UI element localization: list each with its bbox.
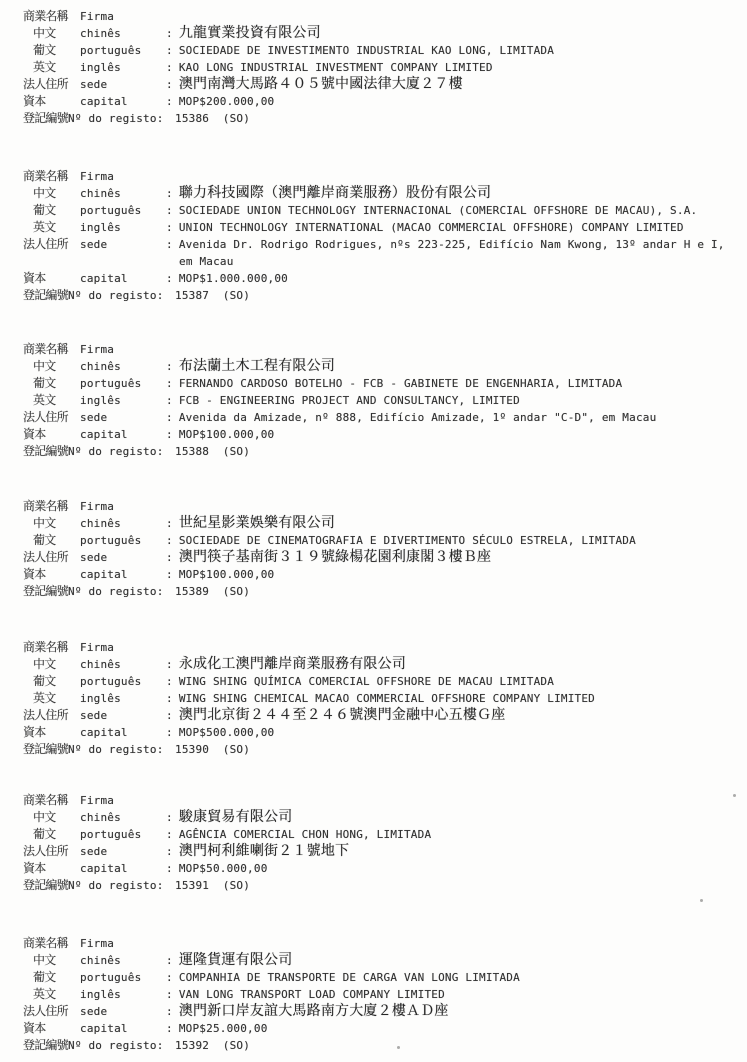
field-label-chinese: 中文 bbox=[33, 809, 55, 826]
field-label-portuguese: sede bbox=[80, 76, 107, 93]
field-label-chinese: 商業名稱 bbox=[23, 639, 68, 656]
colon-separator: : bbox=[166, 692, 173, 705]
field-label-portuguese: Nº do registo: bbox=[68, 583, 164, 600]
field-value: MOP$100.000,00 bbox=[179, 428, 275, 441]
field-label-portuguese: capital bbox=[80, 93, 128, 110]
field-value: 15387 (SO) bbox=[175, 289, 250, 302]
field-label-portuguese: Firma bbox=[80, 792, 114, 809]
field-value-cell: :SOCIEDADE DE INVESTIMENTO INDUSTRIAL KA… bbox=[166, 42, 554, 59]
field-label-portuguese: capital bbox=[80, 860, 128, 877]
colon-separator: : bbox=[166, 811, 173, 824]
field-label-portuguese: capital bbox=[80, 426, 128, 443]
field-label-portuguese: Nº do registo: bbox=[68, 443, 164, 460]
record-row: 法人住所sede:Avenida Dr. Rodrigo Rodrigues, … bbox=[0, 236, 747, 253]
field-value: 澳門新口岸友誼大馬路南方大廈２樓ＡＤ座 bbox=[179, 1003, 449, 1019]
record-row: 商業名稱Firma bbox=[0, 792, 747, 809]
field-value: 運隆貨運有限公司 bbox=[179, 952, 293, 968]
field-label-chinese: 葡文 bbox=[33, 202, 55, 219]
colon-separator: : bbox=[166, 411, 173, 424]
field-label-portuguese: chinês bbox=[80, 809, 121, 826]
colon-separator: : bbox=[166, 95, 173, 108]
field-label-chinese: 葡文 bbox=[33, 969, 55, 986]
field-value: 澳門北京街２４４至２４６號澳門金融中心五樓Ｇ座 bbox=[179, 707, 506, 723]
field-value: 澳門南灣大馬路４０５號中國法律大廈２７樓 bbox=[179, 76, 463, 92]
company-record: 商業名稱Firma中文chinês:永成化工澳門離岸商業服務有限公司葡文port… bbox=[0, 639, 747, 758]
field-label-chinese: 資本 bbox=[23, 426, 45, 443]
field-value-cell: :SOCIEDADE DE CINEMATOGRAFIA E DIVERTIME… bbox=[166, 532, 636, 549]
record-row: 商業名稱Firma bbox=[0, 935, 747, 952]
field-value-cell: :WING SHING CHEMICAL MACAO COMMERCIAL OF… bbox=[166, 690, 595, 707]
colon-separator: : bbox=[166, 709, 173, 722]
colon-separator: : bbox=[166, 1022, 173, 1035]
field-value: FCB - ENGINEERING PROJECT AND CONSULTANC… bbox=[179, 394, 520, 407]
field-label-portuguese: inglês bbox=[80, 392, 121, 409]
field-label-portuguese: Nº do registo: bbox=[68, 877, 164, 894]
record-row: 資本capital:MOP$1.000.000,00 bbox=[0, 270, 747, 287]
record-row: 中文chinês:世紀星影業娛樂有限公司 bbox=[0, 515, 747, 532]
field-label-portuguese: chinês bbox=[80, 952, 121, 969]
field-value: 15388 (SO) bbox=[175, 445, 250, 458]
field-value: Avenida da Amizade, nº 888, Edifício Ami… bbox=[179, 411, 657, 424]
scanned-gazette-page: 商業名稱Firma中文chinês:九龍實業投資有限公司葡文português:… bbox=[0, 0, 747, 1062]
field-label-chinese: 商業名稱 bbox=[23, 168, 68, 185]
field-value: WING SHING QUÍMICA COMERCIAL OFFSHORE DE… bbox=[179, 675, 554, 688]
colon-separator: : bbox=[166, 272, 173, 285]
record-row: 法人住所sede:澳門柯利維喇街２１號地下 bbox=[0, 843, 747, 860]
field-label-chinese: 英文 bbox=[33, 59, 55, 76]
field-label-chinese: 商業名稱 bbox=[23, 935, 68, 952]
field-label-portuguese: Firma bbox=[80, 498, 114, 515]
field-value-cell: 15389 (SO) bbox=[175, 583, 250, 600]
field-value-cell: :KAO LONG INDUSTRIAL INVESTMENT COMPANY … bbox=[166, 59, 493, 76]
field-label-chinese: 資本 bbox=[23, 1020, 45, 1037]
field-label-portuguese: Firma bbox=[80, 168, 114, 185]
field-value: 世紀星影業娛樂有限公司 bbox=[179, 515, 335, 531]
field-label-portuguese: português bbox=[80, 375, 141, 392]
field-label-chinese: 英文 bbox=[33, 690, 55, 707]
field-value: KAO LONG INDUSTRIAL INVESTMENT COMPANY L… bbox=[179, 61, 493, 74]
colon-separator: : bbox=[166, 1005, 173, 1018]
field-value: 永成化工澳門離岸商業服務有限公司 bbox=[179, 656, 406, 672]
record-row: 資本capital:MOP$500.000,00 bbox=[0, 724, 747, 741]
field-label-chinese: 中文 bbox=[33, 185, 55, 202]
record-row: 資本capital:MOP$50.000,00 bbox=[0, 860, 747, 877]
record-row: 法人住所sede:Avenida da Amizade, nº 888, Edi… bbox=[0, 409, 747, 426]
field-label-chinese: 商業名稱 bbox=[23, 498, 68, 515]
field-label-chinese: 登記編號 bbox=[23, 443, 68, 460]
record-row: 英文inglês:VAN LONG TRANSPORT LOAD COMPANY… bbox=[0, 986, 747, 1003]
field-value: 駿康貿易有限公司 bbox=[179, 809, 293, 825]
field-label-portuguese: Nº do registo: bbox=[68, 110, 164, 127]
field-label-chinese: 法人住所 bbox=[23, 549, 68, 566]
field-value-cell: :VAN LONG TRANSPORT LOAD COMPANY LIMITED bbox=[166, 986, 445, 1003]
field-value-cell: :澳門北京街２４４至２４６號澳門金融中心五樓Ｇ座 bbox=[166, 707, 505, 724]
field-value: Avenida Dr. Rodrigo Rodrigues, nºs 223-2… bbox=[179, 238, 725, 251]
field-value-cell: 15392 (SO) bbox=[175, 1037, 250, 1054]
record-row: 葡文português:SOCIEDADE DE INVESTIMENTO IN… bbox=[0, 42, 747, 59]
colon-separator: : bbox=[166, 517, 173, 530]
field-value-cell: :Avenida da Amizade, nº 888, Edifício Am… bbox=[166, 409, 656, 426]
field-value: AGÊNCIA COMERCIAL CHON HONG, LIMITADA bbox=[179, 828, 431, 841]
field-value-cell: 15391 (SO) bbox=[175, 877, 250, 894]
field-value-cell: :COMPANHIA DE TRANSPORTE DE CARGA VAN LO… bbox=[166, 969, 520, 986]
colon-separator: : bbox=[166, 971, 173, 984]
record-row: 商業名稱Firma bbox=[0, 498, 747, 515]
company-record: 商業名稱Firma中文chinês:布法蘭土木工程有限公司葡文português… bbox=[0, 341, 747, 460]
field-label-portuguese: sede bbox=[80, 1003, 107, 1020]
record-row: 英文inglês:FCB - ENGINEERING PROJECT AND C… bbox=[0, 392, 747, 409]
field-label-chinese: 法人住所 bbox=[23, 707, 68, 724]
field-label-chinese: 英文 bbox=[33, 986, 55, 1003]
field-label-portuguese: inglês bbox=[80, 690, 121, 707]
field-label-chinese: 法人住所 bbox=[23, 236, 68, 253]
field-value-cell: em Macau bbox=[179, 253, 234, 270]
field-label-chinese: 葡文 bbox=[33, 375, 55, 392]
field-value-cell: :UNION TECHNOLOGY INTERNATIONAL (MACAO C… bbox=[166, 219, 684, 236]
record-row: 資本capital:MOP$200.000,00 bbox=[0, 93, 747, 110]
field-label-portuguese: inglês bbox=[80, 59, 121, 76]
field-value-cell: :MOP$50.000,00 bbox=[166, 860, 268, 877]
field-value-cell: :永成化工澳門離岸商業服務有限公司 bbox=[166, 656, 406, 673]
field-value-cell: :澳門筷子基南街３１９號綠楊花園利康閣３樓Ｂ座 bbox=[166, 549, 491, 566]
field-label-portuguese: sede bbox=[80, 236, 107, 253]
field-value: 布法蘭土木工程有限公司 bbox=[179, 358, 335, 374]
company-record: 商業名稱Firma中文chinês:世紀星影業娛樂有限公司葡文português… bbox=[0, 498, 747, 600]
record-row: 葡文português:COMPANHIA DE TRANSPORTE DE C… bbox=[0, 969, 747, 986]
field-label-chinese: 資本 bbox=[23, 270, 45, 287]
field-label-portuguese: chinês bbox=[80, 358, 121, 375]
field-label-chinese: 葡文 bbox=[33, 42, 55, 59]
colon-separator: : bbox=[166, 61, 173, 74]
field-value: 聯力科技國際（澳門離岸商業服務）股份有限公司 bbox=[179, 185, 491, 201]
field-value: 15392 (SO) bbox=[175, 1039, 250, 1052]
field-value-cell: :駿康貿易有限公司 bbox=[166, 809, 292, 826]
record-row: 商業名稱Firma bbox=[0, 341, 747, 358]
field-label-chinese: 英文 bbox=[33, 392, 55, 409]
company-record: 商業名稱Firma中文chinês:九龍實業投資有限公司葡文português:… bbox=[0, 8, 747, 127]
record-row: 法人住所sede:澳門新口岸友誼大馬路南方大廈２樓ＡＤ座 bbox=[0, 1003, 747, 1020]
field-value-cell: :澳門新口岸友誼大馬路南方大廈２樓ＡＤ座 bbox=[166, 1003, 449, 1020]
record-row: 中文chinês:聯力科技國際（澳門離岸商業服務）股份有限公司 bbox=[0, 185, 747, 202]
field-label-chinese: 法人住所 bbox=[23, 1003, 68, 1020]
colon-separator: : bbox=[166, 187, 173, 200]
field-value-cell: 15388 (SO) bbox=[175, 443, 250, 460]
field-value-cell: :MOP$25.000,00 bbox=[166, 1020, 268, 1037]
field-label-chinese: 登記編號 bbox=[23, 741, 68, 758]
field-value-cell: 15386 (SO) bbox=[175, 110, 250, 127]
field-label-chinese: 資本 bbox=[23, 860, 45, 877]
record-row: 資本capital:MOP$100.000,00 bbox=[0, 566, 747, 583]
record-row: 葡文português:SOCIEDADE DE CINEMATOGRAFIA … bbox=[0, 532, 747, 549]
field-label-portuguese: capital bbox=[80, 566, 128, 583]
field-value-cell: :MOP$200.000,00 bbox=[166, 93, 274, 110]
field-value-cell: :MOP$1.000.000,00 bbox=[166, 270, 288, 287]
field-label-chinese: 登記編號 bbox=[23, 110, 68, 127]
field-value: MOP$100.000,00 bbox=[179, 568, 275, 581]
field-label-portuguese: inglês bbox=[80, 219, 121, 236]
field-label-portuguese: Firma bbox=[80, 639, 114, 656]
colon-separator: : bbox=[166, 238, 173, 251]
record-row: 登記編號Nº do registo:15392 (SO) bbox=[0, 1037, 747, 1054]
field-value: em Macau bbox=[179, 255, 234, 268]
field-value-cell: :MOP$100.000,00 bbox=[166, 566, 274, 583]
field-label-portuguese: Firma bbox=[80, 8, 114, 25]
field-value-cell: :運隆貨運有限公司 bbox=[166, 952, 292, 969]
colon-separator: : bbox=[166, 27, 173, 40]
field-value-cell: :澳門南灣大馬路４０５號中國法律大廈２７樓 bbox=[166, 76, 463, 93]
colon-separator: : bbox=[166, 204, 173, 217]
record-row: 法人住所sede:澳門南灣大馬路４０５號中國法律大廈２７樓 bbox=[0, 76, 747, 93]
field-value-cell: :FCB - ENGINEERING PROJECT AND CONSULTAN… bbox=[166, 392, 520, 409]
field-label-chinese: 資本 bbox=[23, 566, 45, 583]
field-label-chinese: 英文 bbox=[33, 219, 55, 236]
colon-separator: : bbox=[166, 534, 173, 547]
field-label-chinese: 中文 bbox=[33, 952, 55, 969]
company-record: 商業名稱Firma中文chinês:駿康貿易有限公司葡文português:AG… bbox=[0, 792, 747, 894]
field-label-portuguese: capital bbox=[80, 724, 128, 741]
colon-separator: : bbox=[166, 377, 173, 390]
colon-separator: : bbox=[166, 675, 173, 688]
field-value: MOP$25.000,00 bbox=[179, 1022, 268, 1035]
field-value-cell: :澳門柯利維喇街２１號地下 bbox=[166, 843, 349, 860]
colon-separator: : bbox=[166, 658, 173, 671]
record-row: 登記編號Nº do registo:15389 (SO) bbox=[0, 583, 747, 600]
field-label-portuguese: português bbox=[80, 826, 141, 843]
colon-separator: : bbox=[166, 44, 173, 57]
scan-speck bbox=[397, 1046, 400, 1049]
field-label-portuguese: chinês bbox=[80, 656, 121, 673]
field-label-chinese: 商業名稱 bbox=[23, 341, 68, 358]
field-value: 澳門筷子基南街３１９號綠楊花園利康閣３樓Ｂ座 bbox=[179, 549, 491, 565]
record-row: 中文chinês:九龍實業投資有限公司 bbox=[0, 25, 747, 42]
field-label-chinese: 中文 bbox=[33, 358, 55, 375]
colon-separator: : bbox=[166, 845, 173, 858]
field-label-chinese: 資本 bbox=[23, 724, 45, 741]
field-label-chinese: 法人住所 bbox=[23, 843, 68, 860]
field-label-chinese: 葡文 bbox=[33, 673, 55, 690]
record-row: 登記編號Nº do registo:15386 (SO) bbox=[0, 110, 747, 127]
field-label-chinese: 中文 bbox=[33, 656, 55, 673]
field-value: WING SHING CHEMICAL MACAO COMMERCIAL OFF… bbox=[179, 692, 595, 705]
field-value: SOCIEDADE UNION TECHNOLOGY INTERNACIONAL… bbox=[179, 204, 698, 217]
field-value-cell: :布法蘭土木工程有限公司 bbox=[166, 358, 335, 375]
field-value: FERNANDO CARDOSO BOTELHO - FCB - GABINET… bbox=[179, 377, 622, 390]
field-label-chinese: 資本 bbox=[23, 93, 45, 110]
field-value: MOP$200.000,00 bbox=[179, 95, 275, 108]
record-row: 法人住所sede:澳門北京街２４４至２４６號澳門金融中心五樓Ｇ座 bbox=[0, 707, 747, 724]
field-label-portuguese: chinês bbox=[80, 515, 121, 532]
field-label-chinese: 中文 bbox=[33, 515, 55, 532]
field-label-portuguese: Firma bbox=[80, 341, 114, 358]
colon-separator: : bbox=[166, 78, 173, 91]
field-value-cell: :MOP$500.000,00 bbox=[166, 724, 274, 741]
field-label-portuguese: sede bbox=[80, 549, 107, 566]
scan-speck bbox=[733, 794, 736, 797]
colon-separator: : bbox=[166, 988, 173, 1001]
field-label-chinese: 登記編號 bbox=[23, 287, 68, 304]
field-value-cell: :聯力科技國際（澳門離岸商業服務）股份有限公司 bbox=[166, 185, 491, 202]
record-row: 登記編號Nº do registo:15387 (SO) bbox=[0, 287, 747, 304]
field-label-chinese: 法人住所 bbox=[23, 409, 68, 426]
field-value: MOP$50.000,00 bbox=[179, 862, 268, 875]
field-label-portuguese: chinês bbox=[80, 25, 121, 42]
field-label-chinese: 商業名稱 bbox=[23, 792, 68, 809]
field-value-cell: :九龍實業投資有限公司 bbox=[166, 25, 321, 42]
record-row: 葡文português:WING SHING QUÍMICA COMERCIAL… bbox=[0, 673, 747, 690]
colon-separator: : bbox=[166, 428, 173, 441]
field-value-cell: :世紀星影業娛樂有限公司 bbox=[166, 515, 335, 532]
field-value-cell: :SOCIEDADE UNION TECHNOLOGY INTERNACIONA… bbox=[166, 202, 697, 219]
field-value: 澳門柯利維喇街２１號地下 bbox=[179, 843, 349, 859]
field-label-portuguese: capital bbox=[80, 270, 128, 287]
colon-separator: : bbox=[166, 221, 173, 234]
record-row: 登記編號Nº do registo:15388 (SO) bbox=[0, 443, 747, 460]
record-row: 登記編號Nº do registo:15390 (SO) bbox=[0, 741, 747, 758]
company-records-list: 商業名稱Firma中文chinês:九龍實業投資有限公司葡文português:… bbox=[0, 8, 747, 1054]
field-label-chinese: 葡文 bbox=[33, 532, 55, 549]
field-value: MOP$1.000.000,00 bbox=[179, 272, 288, 285]
field-label-portuguese: inglês bbox=[80, 986, 121, 1003]
field-label-chinese: 葡文 bbox=[33, 826, 55, 843]
colon-separator: : bbox=[166, 828, 173, 841]
record-row: 中文chinês:駿康貿易有限公司 bbox=[0, 809, 747, 826]
record-row: 中文chinês:永成化工澳門離岸商業服務有限公司 bbox=[0, 656, 747, 673]
field-value: 15391 (SO) bbox=[175, 879, 250, 892]
field-value: COMPANHIA DE TRANSPORTE DE CARGA VAN LON… bbox=[179, 971, 520, 984]
colon-separator: : bbox=[166, 394, 173, 407]
field-value-cell: 15387 (SO) bbox=[175, 287, 250, 304]
colon-separator: : bbox=[166, 551, 173, 564]
scan-speck bbox=[700, 899, 703, 902]
record-row: 葡文português:SOCIEDADE UNION TECHNOLOGY I… bbox=[0, 202, 747, 219]
field-value-cell: 15390 (SO) bbox=[175, 741, 250, 758]
field-label-portuguese: português bbox=[80, 532, 141, 549]
record-row: 中文chinês:運隆貨運有限公司 bbox=[0, 952, 747, 969]
field-label-chinese: 登記編號 bbox=[23, 583, 68, 600]
field-value-cell: :AGÊNCIA COMERCIAL CHON HONG, LIMITADA bbox=[166, 826, 431, 843]
field-value-cell: :MOP$100.000,00 bbox=[166, 426, 274, 443]
field-label-chinese: 登記編號 bbox=[23, 1037, 68, 1054]
field-value: 15389 (SO) bbox=[175, 585, 250, 598]
field-label-chinese: 中文 bbox=[33, 25, 55, 42]
field-label-portuguese: português bbox=[80, 42, 141, 59]
field-value: 九龍實業投資有限公司 bbox=[179, 25, 321, 41]
field-label-portuguese: português bbox=[80, 969, 141, 986]
colon-separator: : bbox=[166, 568, 173, 581]
colon-separator: : bbox=[166, 360, 173, 373]
record-row: 商業名稱Firma bbox=[0, 8, 747, 25]
record-row: 登記編號Nº do registo:15391 (SO) bbox=[0, 877, 747, 894]
field-value: 15386 (SO) bbox=[175, 112, 250, 125]
colon-separator: : bbox=[166, 954, 173, 967]
record-row: 葡文português:FERNANDO CARDOSO BOTELHO - F… bbox=[0, 375, 747, 392]
field-value: SOCIEDADE DE CINEMATOGRAFIA E DIVERTIMEN… bbox=[179, 534, 636, 547]
field-label-chinese: 登記編號 bbox=[23, 877, 68, 894]
field-label-chinese: 法人住所 bbox=[23, 76, 68, 93]
field-label-portuguese: Nº do registo: bbox=[68, 287, 164, 304]
record-row: 英文inglês:WING SHING CHEMICAL MACAO COMME… bbox=[0, 690, 747, 707]
field-value: 15390 (SO) bbox=[175, 743, 250, 756]
record-row: em Macau bbox=[0, 253, 747, 270]
field-value-cell: :FERNANDO CARDOSO BOTELHO - FCB - GABINE… bbox=[166, 375, 622, 392]
field-value-cell: :WING SHING QUÍMICA COMERCIAL OFFSHORE D… bbox=[166, 673, 554, 690]
field-value: SOCIEDADE DE INVESTIMENTO INDUSTRIAL KAO… bbox=[179, 44, 554, 57]
field-label-portuguese: sede bbox=[80, 707, 107, 724]
field-label-portuguese: sede bbox=[80, 843, 107, 860]
field-value: VAN LONG TRANSPORT LOAD COMPANY LIMITED bbox=[179, 988, 445, 1001]
field-label-portuguese: Firma bbox=[80, 935, 114, 952]
field-value-cell: :Avenida Dr. Rodrigo Rodrigues, nºs 223-… bbox=[166, 236, 725, 253]
record-row: 商業名稱Firma bbox=[0, 168, 747, 185]
field-label-portuguese: chinês bbox=[80, 185, 121, 202]
record-row: 商業名稱Firma bbox=[0, 639, 747, 656]
field-value: MOP$500.000,00 bbox=[179, 726, 275, 739]
record-row: 法人住所sede:澳門筷子基南街３１９號綠楊花園利康閣３樓Ｂ座 bbox=[0, 549, 747, 566]
record-row: 資本capital:MOP$25.000,00 bbox=[0, 1020, 747, 1037]
company-record: 商業名稱Firma中文chinês:運隆貨運有限公司葡文português:CO… bbox=[0, 935, 747, 1054]
record-row: 葡文português:AGÊNCIA COMERCIAL CHON HONG,… bbox=[0, 826, 747, 843]
colon-separator: : bbox=[166, 726, 173, 739]
record-row: 中文chinês:布法蘭土木工程有限公司 bbox=[0, 358, 747, 375]
field-value: UNION TECHNOLOGY INTERNATIONAL (MACAO CO… bbox=[179, 221, 684, 234]
field-label-portuguese: sede bbox=[80, 409, 107, 426]
record-row: 英文inglês:KAO LONG INDUSTRIAL INVESTMENT … bbox=[0, 59, 747, 76]
field-label-chinese: 商業名稱 bbox=[23, 8, 68, 25]
colon-separator: : bbox=[166, 862, 173, 875]
field-label-portuguese: português bbox=[80, 673, 141, 690]
field-label-portuguese: português bbox=[80, 202, 141, 219]
field-label-portuguese: Nº do registo: bbox=[68, 741, 164, 758]
company-record: 商業名稱Firma中文chinês:聯力科技國際（澳門離岸商業服務）股份有限公司… bbox=[0, 168, 747, 304]
record-row: 英文inglês:UNION TECHNOLOGY INTERNATIONAL … bbox=[0, 219, 747, 236]
field-label-portuguese: capital bbox=[80, 1020, 128, 1037]
record-row: 資本capital:MOP$100.000,00 bbox=[0, 426, 747, 443]
field-label-portuguese: Nº do registo: bbox=[68, 1037, 164, 1054]
